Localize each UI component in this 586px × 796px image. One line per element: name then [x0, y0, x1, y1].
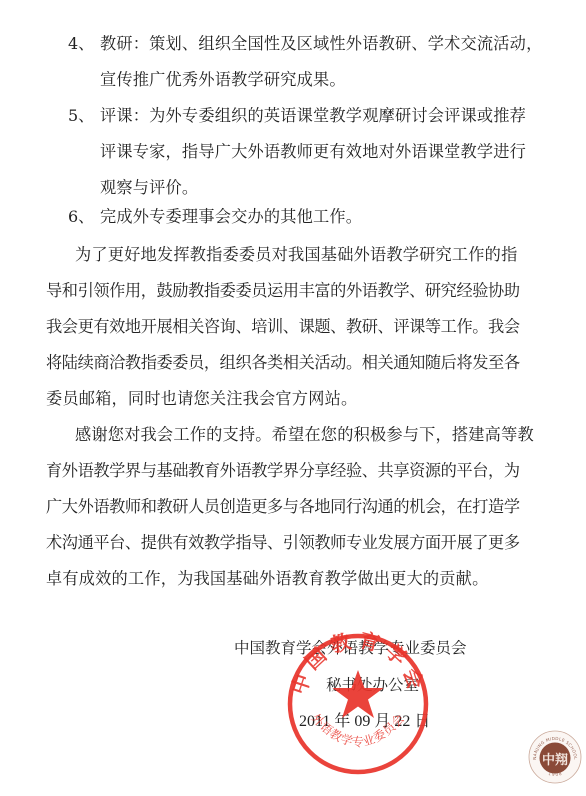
list-item-text: 教研：策划、组织全国性及区域性外语教研、学术交流活动， [100, 34, 542, 54]
signature-date: 2011 年 09 月 22 日 [299, 712, 430, 732]
list-item-text: 观察与评价。 [100, 178, 198, 198]
paragraph-line: 术沟通平台、提供有效教学指导、引领教师专业发展方面开展了更多 [46, 533, 520, 553]
list-item-text: 评课：为外专委组织的英语课堂教学观摩研讨会评课或推荐 [100, 106, 526, 126]
document-page: 4、 教研：策划、组织全国性及区域性外语教研、学术交流活动， 宣传推广优秀外语教… [0, 0, 586, 796]
list-item-number: 6、 [68, 207, 94, 227]
paragraph-line: 感谢您对我会工作的支持。希望在您的积极参与下，搭建高等教 [75, 425, 534, 445]
paragraph-line: 导和引领作用，鼓励教指委委员运用丰富的外语教学、研究经验协助 [46, 281, 520, 301]
list-item-text: 宣传推广优秀外语教学研究成果。 [100, 70, 346, 90]
list-item-number: 4、 [68, 34, 94, 54]
school-logo-watermark: 中翔 NANJING MIDDLE SCHOOL 1 9 0 8 [527, 729, 583, 785]
paragraph-line: 育外语教学界与基础教育外语教学界分享经验、共享资源的平台，为 [46, 461, 520, 481]
list-item-number: 5、 [68, 106, 94, 126]
svg-text:1 9 0 8: 1 9 0 8 [548, 771, 563, 777]
paragraph-line: 委员邮箱，同时也请您关注我会官方网站。 [46, 389, 357, 409]
paragraph-line: 为了更好地发挥教指委委员对我国基础外语教学研究工作的指 [75, 245, 517, 265]
paragraph-line: 我会更有效地开展相关咨询、培训、课题、教研、评课等工作。我会 [46, 317, 520, 337]
paragraph-line: 卓有成效的工作，为我国基础外语教育教学做出更大的贡献。 [46, 569, 488, 589]
list-item-text: 评课专家，指导广大外语教师更有效地对外语课堂教学进行 [100, 142, 526, 162]
list-item-text: 完成外专委理事会交办的其他工作。 [100, 207, 362, 227]
signature-office: 秘书处办公室 [326, 675, 419, 695]
paragraph-line: 将陆续商洽教指委委员，组织各类相关活动。相关通知随后将发至各 [46, 353, 520, 373]
paragraph-line: 广大外语教师和教研人员创造更多与各地同行沟通的机会，在打造学 [46, 497, 520, 517]
logo-year-text: 1 9 0 8 [548, 771, 563, 777]
logo-center-text: 中翔 [542, 752, 568, 768]
signature-organization: 中国教育学会外语教学专业委员会 [234, 638, 467, 658]
